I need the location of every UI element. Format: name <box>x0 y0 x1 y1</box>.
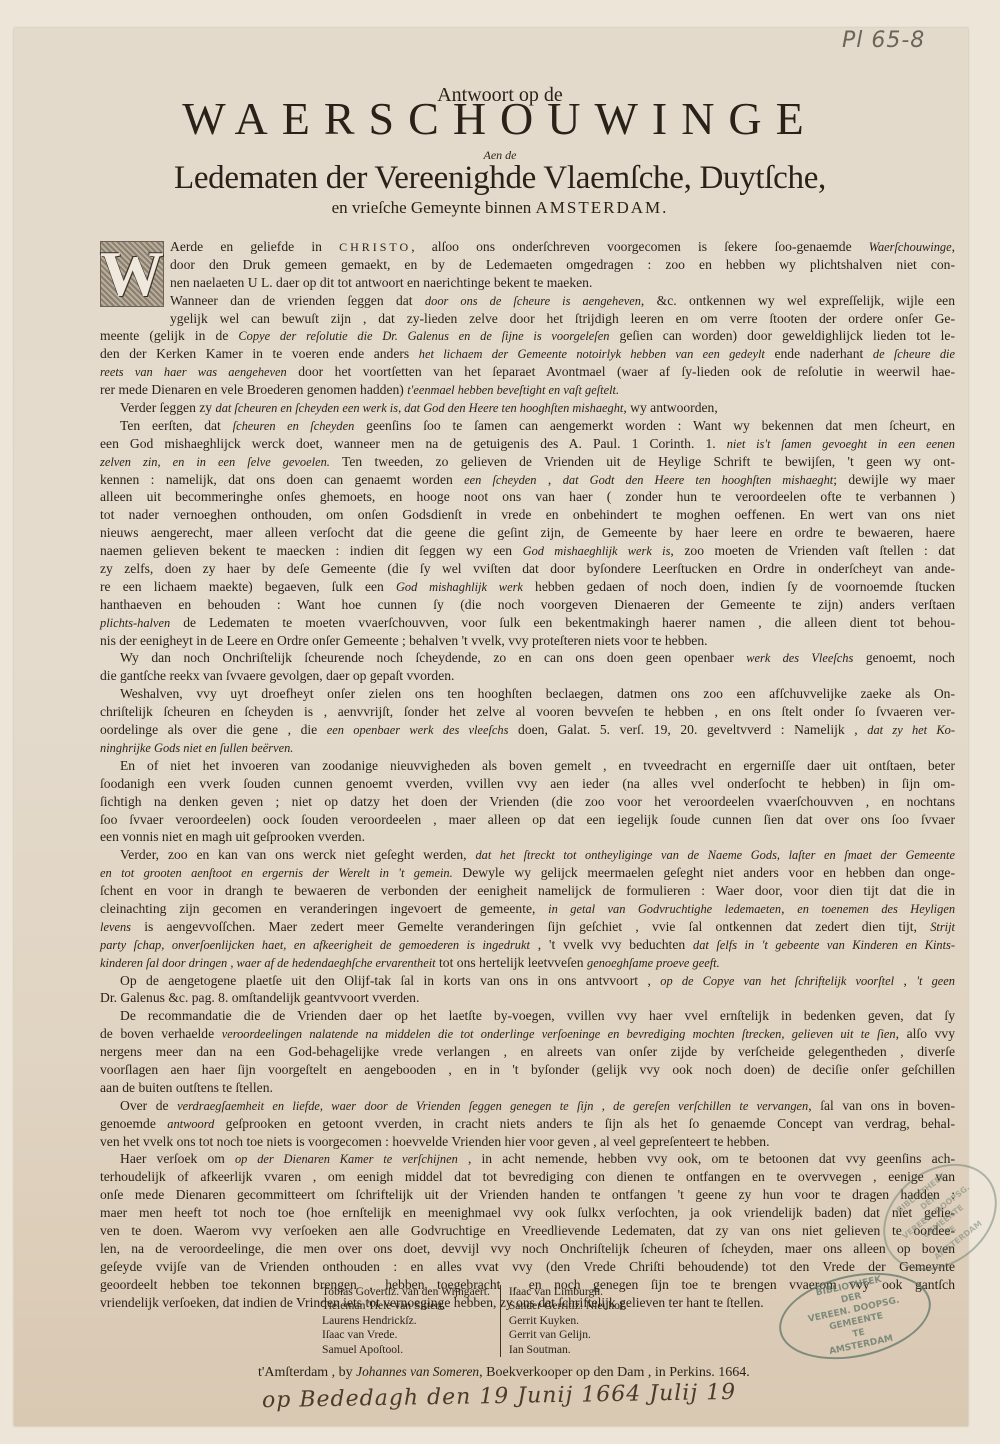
text-line: re een lichaem maekte) begaeven, ſulk ee… <box>100 578 955 596</box>
italic-run: verdraegſaemheit en liefde, waer door de… <box>177 1099 808 1113</box>
italic-run: ſcheuren en ſcheyden <box>233 419 355 433</box>
text-run: Aerde en geliefde in <box>170 239 339 254</box>
text-line: Dr. Galenus &c. pag. 8. omſtandelijk gea… <box>100 989 955 1007</box>
text-run: door het voortſetten van het ſeparaet Av… <box>287 364 955 379</box>
text-run: rer mede Dienaren en vele Broederen geno… <box>100 382 407 397</box>
italic-run: werk des Vleeſchs <box>746 651 853 665</box>
signatories-right: Iſaac van Limburgh.Sander Gerritſz. Nieu… <box>500 1285 637 1357</box>
text-line: zy zelfs, doen zy haer by deſe Gemeente … <box>100 560 955 578</box>
title-gemeynte-prefix: en vrieſche Gemeynte binnen <box>332 198 532 217</box>
text-run: ſchent en voor in drangh te bewaeren de … <box>100 883 955 898</box>
text-run: , alſoo ons onderſchreven voorgecomen is… <box>411 239 869 254</box>
text-run: genoemt, noch <box>853 650 955 665</box>
italic-run: reets van haer was aengeheven <box>100 365 287 379</box>
title-main: WAERSCHOUWINGE <box>0 92 1000 145</box>
text-run: door den Druk gemeen gemaekt, en by de L… <box>170 257 955 272</box>
text-line: voorſlagen aen haer ſijn voorgeſtelt en … <box>100 1061 955 1079</box>
text-run: meente (gelijk in de <box>100 328 238 343</box>
italic-run: door ons de ſcheure is aengeheven <box>425 294 641 308</box>
text-run: hebben gedaen of noch doen, indien ſy de… <box>523 579 955 594</box>
text-run: geſien can worden) door geweldighlijck l… <box>609 328 955 343</box>
italic-run: party ſchap, onverſoenlijcken haet, en a… <box>100 938 530 952</box>
text-run: Verder, zoo en kan van ons werck niet ge… <box>120 847 475 862</box>
text-line: ven het vvelk ons tot noch toe niets is … <box>100 1133 955 1151</box>
italic-run: God mishaeghlijk werk is <box>523 544 671 558</box>
italic-run: levens <box>100 920 131 934</box>
text-run: kennen : namelijk, dat ons doen can gena… <box>100 472 464 487</box>
text-run: , wy antwoorden, <box>623 400 717 415</box>
italic-run: een openbaer werk des vleeſchs <box>327 723 509 737</box>
text-line: kennen : namelijk, dat ons doen can gena… <box>100 471 955 489</box>
text-line: En of niet het invoeren van zoodanige ni… <box>100 757 955 775</box>
italic-run: Copye der reſolutie die Dr. Galenus en d… <box>238 329 609 343</box>
text-run: geenſins ſoo te ſamen can aengemerkt wor… <box>354 418 955 433</box>
text-line: nergens meer dan na een God-behagelijke … <box>100 1043 955 1061</box>
italic-run: een ſcheyden <box>464 473 536 487</box>
italic-run: t'eenmael hebben beveſtight en vaſt geſt… <box>407 383 619 397</box>
text-run: , <box>537 472 563 487</box>
text-run: tot ons hertelijk leetvveſen <box>436 955 587 970</box>
text-line: die gantſche reekx van ſvvaere gevolgen,… <box>100 667 955 685</box>
text-line: maer men heeft tot noch toe (hoe ernſtel… <box>100 1204 955 1222</box>
text-run: is aengevvoſſchen. Maer zedert meer Geme… <box>131 919 930 934</box>
text-line: ſchent en voor in drangh te bewaeren de … <box>100 882 955 900</box>
text-run: de boven verhaelde <box>100 1026 222 1041</box>
signatory-name: Gerrit van Gelijn. <box>509 1328 627 1342</box>
text-line: hanthaeven en behouden : Want hoe cunnen… <box>100 596 955 614</box>
text-run: Ten tweeden, zo gelieven de Vrienden uit… <box>330 454 955 469</box>
text-run: , ſal van ons in boven- <box>808 1098 955 1113</box>
text-line: naemen gelieven bekent te maecken : indi… <box>100 542 955 560</box>
signatory-name: Tobias Govertſz. van den Wijngaert. <box>322 1285 490 1299</box>
text-run: geſeyde vvijſe van de Vrienden onthouden… <box>100 1259 955 1274</box>
text-line: ſoo ſvvaer veroordeelen) oock ſouden ver… <box>100 811 955 829</box>
text-line: Weshalven, vvy uyt droefheyt onſer ziele… <box>100 685 955 703</box>
text-line: meente (gelijk in de Copye der reſolutie… <box>100 327 955 345</box>
italic-run: 't geen <box>916 974 955 988</box>
text-line: Wy dan noch Onchriſtelijk ſcheurende noc… <box>100 649 955 667</box>
text-line: ninghrijke Gods niet en ſullen beërven. <box>100 739 955 757</box>
signatory-name: Ian Soutman. <box>509 1343 627 1357</box>
text-run: een God mishaeghlijck werck doet, wannee… <box>100 436 727 451</box>
text-line: een vonnis niet en magh uit geſprooken v… <box>100 828 955 846</box>
signatory-name: Iſaac van Vrede. <box>322 1328 490 1342</box>
text-run: alleen uit becommeringhe onſes ghemoets,… <box>100 489 955 504</box>
text-line: Verder, zoo en kan van ons werck niet ge… <box>100 846 955 864</box>
italic-run: dat ſcheuren en ſcheyden een werk is, da… <box>216 401 624 415</box>
text-line: de boven verhaelde veroordeelingen nalat… <box>100 1025 955 1043</box>
text-run: , in acht nemende, hebben vvy ook, om te… <box>458 1151 955 1166</box>
text-run: , <box>894 973 916 988</box>
text-line: levens is aengevvoſſchen. Maer zedert me… <box>100 918 955 936</box>
text-line: rer mede Dienaren en vele Broederen geno… <box>100 381 955 399</box>
text-run: Wy dan noch Onchriſtelijk ſcheurende noc… <box>120 650 746 665</box>
italic-run: Strijt <box>930 920 955 934</box>
signatory-name: Tieleman Tiele van Sittert. <box>322 1299 490 1313</box>
text-line: Over de verdraegſaemheit en liefde, waer… <box>100 1097 955 1115</box>
text-run: den der Kerken Kamer in te voeren ende a… <box>100 346 419 361</box>
text-run: ſoodanigh een vverk ſouden cunnen genoem… <box>100 776 955 791</box>
text-run: En of niet het invoeren van zoodanige ni… <box>120 758 955 773</box>
italic-run: in getal van Godvruchtighe ledemaeten <box>548 902 781 916</box>
text-line: ſoodanigh een vverk ſouden cunnen genoem… <box>100 775 955 793</box>
text-line: nieuws aengerecht, maer alleen verſocht … <box>100 524 955 542</box>
text-run: oordelinge als over die gene , die <box>100 722 327 737</box>
text-line: plichts-halven de Ledematen te moeten vv… <box>100 614 955 632</box>
italic-run: antwoord <box>167 1117 214 1131</box>
italic-run: op der Dienaren Kamer te verſchijnen <box>235 1152 458 1166</box>
text-line: Aerde en geliefde in CHRISTO, alſoo ons … <box>100 238 955 256</box>
italic-run: God mishaghlijk werk <box>396 580 523 594</box>
text-run: naemen gelieven bekent te maecken : indi… <box>100 543 523 558</box>
text-run: maer men heeft tot noch toe (hoe ernſtel… <box>100 1205 955 1220</box>
text-run: nergens meer dan na een God-behagelijke … <box>100 1044 955 1059</box>
signatories-left: Tobias Govertſz. van den Wijngaert.Tiele… <box>322 1285 500 1357</box>
text-run: ende naderhant <box>765 346 873 361</box>
text-run: Weshalven, vvy uyt droefheyt onſer ziele… <box>120 686 955 701</box>
text-run: ven het vvelk ons tot noch toe niets is … <box>100 1134 769 1149</box>
text-run: len, na de veroordeelinge, die men over … <box>100 1241 955 1256</box>
text-run: Haer verſoek om <box>120 1151 235 1166</box>
italic-run: Waerſchouwinge <box>869 240 952 254</box>
italic-run: en tot grooten aenſtoot en ergernis der … <box>100 866 453 880</box>
signatory-name: Samuel Apoſtool. <box>322 1343 490 1357</box>
italic-run: dat Godt den Heere ten hooghſten mishaeg… <box>563 473 834 487</box>
text-line: terhoudelijk of afkeerlijk vvaren , om e… <box>100 1168 955 1186</box>
text-run: terhoudelijk of afkeerlijk vvaren , om e… <box>100 1169 955 1184</box>
text-run: , &c. ontkennen wy wel expreſſelijk, wij… <box>641 293 955 308</box>
text-line: geſeyde vvijſe van de Vrienden onthouden… <box>100 1258 955 1276</box>
text-run: Ten eerſten, dat <box>120 418 233 433</box>
title-gemeynte: en vrieſche Gemeynte binnen AMSTERDAM. <box>0 198 1000 218</box>
text-line: nen naelaeten U L. daer op dit tot antwo… <box>100 274 955 292</box>
text-run: De recommandatie die de Vrienden daer op… <box>120 1008 955 1023</box>
italic-run: plichts-halven <box>100 616 170 630</box>
text-line: door den Druk gemeen gemaekt, en by de L… <box>100 256 955 274</box>
text-line: ſichtigh na denken geven ; niet op datzy… <box>100 793 955 811</box>
text-run: aan de buiten outſtens te ſtellen. <box>100 1080 273 1095</box>
text-run: Wanneer dan de vrienden ſeggen dat <box>170 293 425 308</box>
italic-run: niet is't ſamen gevoeght in een eenen <box>727 437 955 451</box>
text-line: Haer verſoek om op der Dienaren Kamer te… <box>100 1150 955 1168</box>
imprint-prefix: t'Amſterdam , by <box>258 1365 356 1380</box>
text-run: tot nader vernoeghen onthouden, om onſen… <box>100 507 955 522</box>
text-run: hanthaeven en behouden : Want hoe cunnen… <box>100 597 955 612</box>
text-run: , <box>952 239 955 254</box>
signatories: Tobias Govertſz. van den Wijngaert.Tiele… <box>322 1285 637 1357</box>
text-line: party ſchap, onverſoenlijcken haet, en a… <box>100 936 955 954</box>
text-line: cleinachting zijn gecomen en verandering… <box>100 900 955 918</box>
text-run: Over de <box>120 1098 177 1113</box>
text-line: tot nader vernoeghen onthouden, om onſen… <box>100 506 955 524</box>
shelfmark-annotation: Pl 65-8 <box>842 28 925 53</box>
text-run: genoemde <box>100 1116 167 1131</box>
text-line: en tot grooten aenſtoot en ergernis der … <box>100 864 955 882</box>
signatory-name: Gerrit Kuyken. <box>509 1314 627 1328</box>
text-line: een God mishaeghlijck werck doet, wannee… <box>100 435 955 453</box>
text-run: Op de aengetogene plaetſe uit den Olijf-… <box>120 973 660 988</box>
text-line: De recommandatie die de Vrienden daer op… <box>100 1007 955 1025</box>
text-run: die gantſche reekx van ſvvaere gevolgen,… <box>100 668 454 683</box>
text-line: zelven zin, en in een ſelve gevoelen. Te… <box>100 453 955 471</box>
text-run: , alſo vvy <box>896 1026 955 1041</box>
italic-run: veroordeelingen nalatende na middelen di… <box>222 1027 896 1041</box>
italic-run: dat ſelfs in 't gebeente van Kinderen en… <box>693 938 955 952</box>
text-line: reets van haer was aengeheven door het v… <box>100 363 955 381</box>
text-run: , zoo moeten de Vrienden vaſt ſtellen : … <box>670 543 955 558</box>
imprint-suffix: , Boekverkooper op den Dam , in Perkins.… <box>479 1365 750 1380</box>
italic-run: zelven zin, en in een ſelve gevoelen. <box>100 455 330 469</box>
text-line: nis der eenigheyt in de Leere en Ordre o… <box>100 632 955 650</box>
text-run: ſoo ſvvaer veroordeelen) oock ſouden ver… <box>100 812 955 827</box>
italic-run: het lichaem der Gemeente notoirlyk hebbe… <box>419 347 765 361</box>
text-run: CHRISTO <box>339 240 411 254</box>
signatory-name: Iſaac van Limburgh. <box>509 1285 627 1299</box>
text-line: Ten eerſten, dat ſcheuren en ſcheyden ge… <box>100 417 955 435</box>
text-line: ygelijk wel can bewuſt zijn , dat zy-lie… <box>100 310 955 328</box>
text-line: len, na de veroordeelinge, die men over … <box>100 1240 955 1258</box>
signatory-name: Sander Gerritſz. Nieuhof. <box>509 1299 627 1313</box>
text-run: zy zelfs, doen zy haer by deſe Gemeente … <box>100 561 955 576</box>
text-run: geſprooken en getoont vverden, in cracht… <box>214 1116 955 1131</box>
text-run: , 't vvelk vvy beduchten <box>530 937 693 952</box>
text-run: nieuws aengerecht, maer alleen verſocht … <box>100 525 955 540</box>
text-run: Verder ſeggen zy <box>120 400 216 415</box>
text-run: re een lichaem maekte) begaeven, ſulk ee… <box>100 579 396 594</box>
text-run: Dr. Galenus &c. pag. 8. omſtandelijk gea… <box>100 990 419 1005</box>
text-line: chriſtelijk ſcheuren en ſcheyden is , ae… <box>100 703 955 721</box>
text-run: voorſlagen aen haer ſijn voorgeſtelt en … <box>100 1062 955 1077</box>
signatory-name: Laurens Hendrickſz. <box>322 1314 490 1328</box>
title-ledematen: Ledematen der Vereenighde Vlaemſche, Duy… <box>0 160 1000 197</box>
text-run: , <box>781 901 797 916</box>
text-run: ygelijk wel can bewuſt zijn , dat zy-lie… <box>170 311 955 326</box>
text-run: doen, Galat. 5. verſ. 19, 20. geveltvver… <box>508 722 867 737</box>
italic-run: en toenemen des Heyligen <box>797 902 955 916</box>
imprint: t'Amſterdam , by Johannes van Someren, B… <box>258 1364 750 1381</box>
text-run: ven te doen. Waerom vvy verſoeken aen al… <box>100 1223 955 1238</box>
title-amsterdam: AMSTERDAM. <box>536 198 669 217</box>
text-run: een vonnis niet en magh uit geſprooken v… <box>100 829 365 844</box>
body-text: Aerde en geliefde in CHRISTO, alſoo ons … <box>100 238 955 1311</box>
italic-run: de ſcheure die <box>873 347 955 361</box>
text-line: Verder ſeggen zy dat ſcheuren en ſcheyde… <box>100 399 955 417</box>
text-line: Op de aengetogene plaetſe uit den Olijf-… <box>100 972 955 990</box>
text-line: ven te doen. Waerom vvy verſoeken aen al… <box>100 1222 955 1240</box>
text-line: den der Kerken Kamer in te voeren ende a… <box>100 345 955 363</box>
text-run: nen naelaeten U L. daer op dit tot antwo… <box>170 275 592 290</box>
text-run: de Ledematen te moeten vvaerſchouvven, v… <box>170 615 955 630</box>
text-run: cleinachting zijn gecomen en verandering… <box>100 901 548 916</box>
italic-run: op de Copye van het ſchriftelijk voorſte… <box>660 974 894 988</box>
text-line: Wanneer dan de vrienden ſeggen dat door … <box>100 292 955 310</box>
text-run: onſe mede Dienaren gecommitteert om ſchr… <box>100 1187 955 1202</box>
imprint-printer: Johannes van Someren <box>356 1364 479 1379</box>
text-run: ; dewijle wy maer <box>833 472 955 487</box>
text-line: aan de buiten outſtens te ſtellen. <box>100 1079 955 1097</box>
text-run: nis der eenigheyt in de Leere en Ordre o… <box>100 633 708 648</box>
text-line: oordelinge als over die gene , die een o… <box>100 721 955 739</box>
text-line: kinderen ſal door dringen , waer af de h… <box>100 954 955 972</box>
text-run: ſichtigh na denken geven ; niet op datzy… <box>100 794 955 809</box>
text-line: onſe mede Dienaren gecommitteert om ſchr… <box>100 1186 955 1204</box>
text-run: chriſtelijk ſcheuren en ſcheyden is , ae… <box>100 704 955 719</box>
text-line: genoemde antwoord geſprooken en getoont … <box>100 1115 955 1133</box>
italic-run: dat het ſtreckt tot ontheyliginge van de… <box>475 848 955 862</box>
italic-run: ninghrijke Gods niet en ſullen beërven. <box>100 741 293 755</box>
italic-run: dat zy het Ko- <box>867 723 955 737</box>
italic-run: kinderen ſal door dringen , waer af de h… <box>100 956 436 970</box>
text-run: Dewyle wy gelijck meermaelen geſeght nie… <box>453 865 955 880</box>
text-line: alleen uit becommeringhe onſes ghemoets,… <box>100 488 955 506</box>
italic-run: genoeghſame proeve geeft. <box>587 956 720 970</box>
